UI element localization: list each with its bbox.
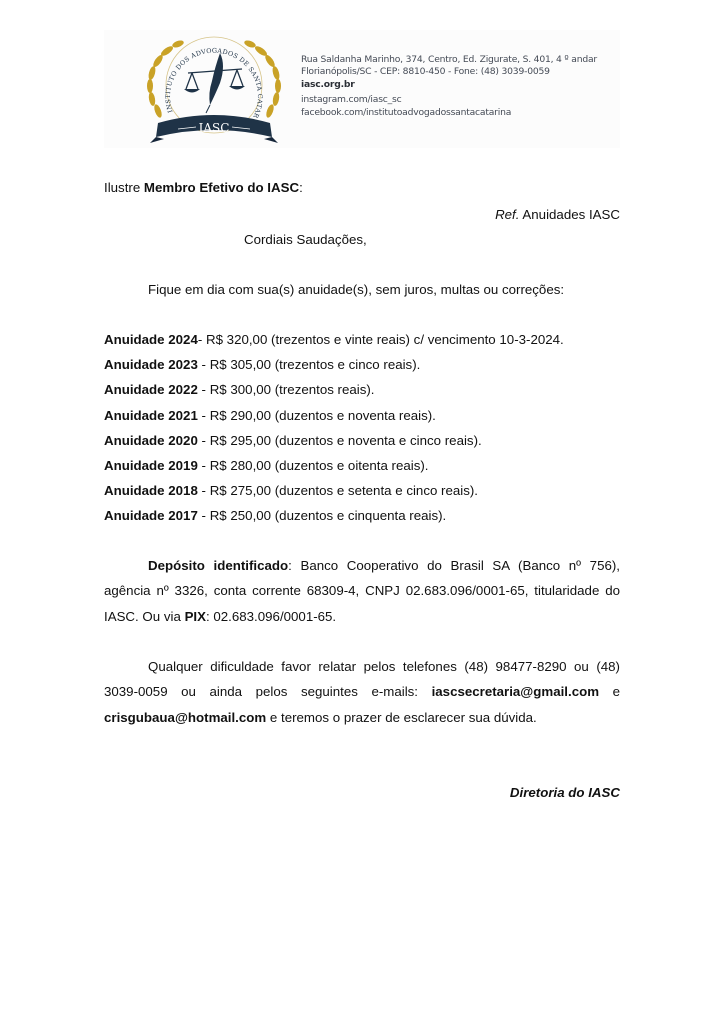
address-line-1: Rua Saldanha Marinho, 374, Centro, Ed. Z… (301, 54, 597, 66)
fee-item: Anuidade 2022 - R$ 300,00 (trezentos rea… (104, 382, 375, 398)
fee-item: Anuidade 2024- R$ 320,00 (trezentos e vi… (104, 332, 564, 348)
fee-amount: R$ 300,00 (trezentos reais). (210, 382, 375, 397)
fee-year-label: Anuidade 2023 (104, 357, 198, 372)
addressee: Membro Efetivo do IASC (144, 180, 299, 195)
instagram-link[interactable]: instagram.com/iasc_sc (301, 94, 597, 106)
fee-item: Anuidade 2021 - R$ 290,00 (duzentos e no… (104, 408, 436, 424)
fee-amount: R$ 250,00 (duzentos e cinquenta reais). (210, 508, 447, 523)
fee-item: Anuidade 2019 - R$ 280,00 (duzentos e oi… (104, 458, 428, 474)
fee-amount: R$ 320,00 (trezentos e vinte reais) c/ v… (206, 332, 564, 347)
fee-year-label: Anuidade 2020 (104, 433, 198, 448)
fee-year-label: Anuidade 2021 (104, 408, 198, 423)
facebook-link[interactable]: facebook.com/institutoadvogadossantacata… (301, 107, 597, 119)
email-link-crisgubaua[interactable]: crisgubaua@hotmail.com (104, 710, 266, 725)
salutation: Ilustre Membro Efetivo do IASC: (104, 180, 303, 196)
fee-year-label: Anuidade 2018 (104, 483, 198, 498)
fee-amount: R$ 280,00 (duzentos e oitenta reais). (210, 458, 429, 473)
fee-amount: R$ 305,00 (trezentos e cinco reais). (210, 357, 421, 372)
fee-item: Anuidade 2020 - R$ 295,00 (duzentos e no… (104, 433, 482, 449)
greeting: Cordiais Saudações, (244, 232, 367, 248)
fee-year-label: Anuidade 2017 (104, 508, 198, 523)
fee-item: Anuidade 2023 - R$ 305,00 (trezentos e c… (104, 357, 420, 373)
fee-amount: R$ 295,00 (duzentos e noventa e cinco re… (210, 433, 482, 448)
iasc-logo-icon: INSTITUTO DOS ADVOGADOS DE SANTA CATARIN… (140, 33, 288, 145)
intro-text: Fique em dia com sua(s) anuidade(s), sem… (148, 282, 564, 298)
pix-label: PIX (185, 609, 206, 624)
email-link-secretaria[interactable]: iascsecretaria@gmail.com (432, 684, 599, 699)
svg-text:IASC: IASC (199, 121, 230, 135)
deposit-label: Depósito identificado (148, 558, 288, 573)
fee-amount: R$ 275,00 (duzentos e setenta e cinco re… (210, 483, 478, 498)
contact-paragraph: Qualquer dificuldade favor relatar pelos… (104, 654, 620, 730)
reference-line: Ref. Anuidades IASC (495, 207, 620, 223)
fee-year-label: Anuidade 2024 (104, 332, 198, 347)
deposit-paragraph: Depósito identificado: Banco Cooperativo… (104, 553, 620, 629)
signature: Diretoria do IASC (510, 785, 620, 801)
letterhead-contact: Rua Saldanha Marinho, 374, Centro, Ed. Z… (301, 54, 597, 119)
fee-item: Anuidade 2017 - R$ 250,00 (duzentos e ci… (104, 508, 446, 524)
fee-item: Anuidade 2018 - R$ 275,00 (duzentos e se… (104, 483, 478, 499)
fee-year-label: Anuidade 2019 (104, 458, 198, 473)
fee-amount: R$ 290,00 (duzentos e noventa reais). (210, 408, 436, 423)
address-line-2: Florianópolis/SC - CEP: 8810-450 - Fone:… (301, 66, 597, 78)
fee-year-label: Anuidade 2022 (104, 382, 198, 397)
website-link[interactable]: iasc.org.br (301, 79, 597, 91)
